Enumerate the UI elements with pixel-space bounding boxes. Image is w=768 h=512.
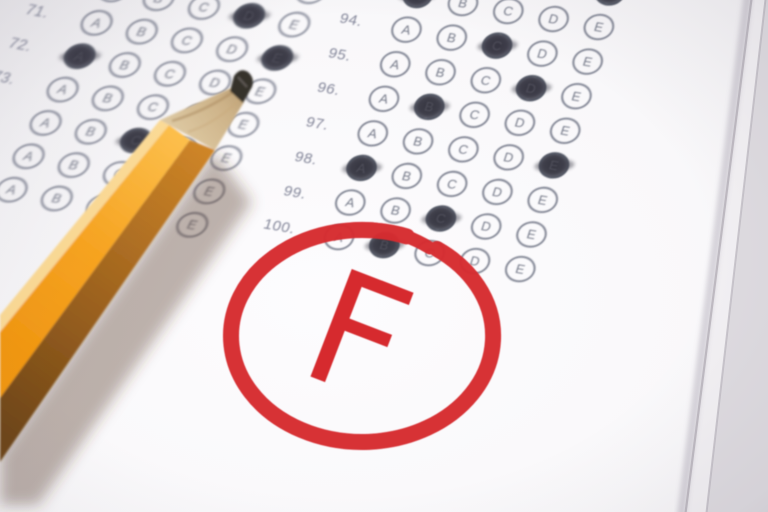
photo-graded-answer-sheet: { "grade": { "letter": "F", "ink_color":…: [0, 0, 768, 512]
pencil: [0, 70, 253, 462]
grade-letter: F: [282, 235, 433, 439]
overlay-art: F: [0, 0, 768, 512]
grade-mark: F: [231, 228, 493, 442]
